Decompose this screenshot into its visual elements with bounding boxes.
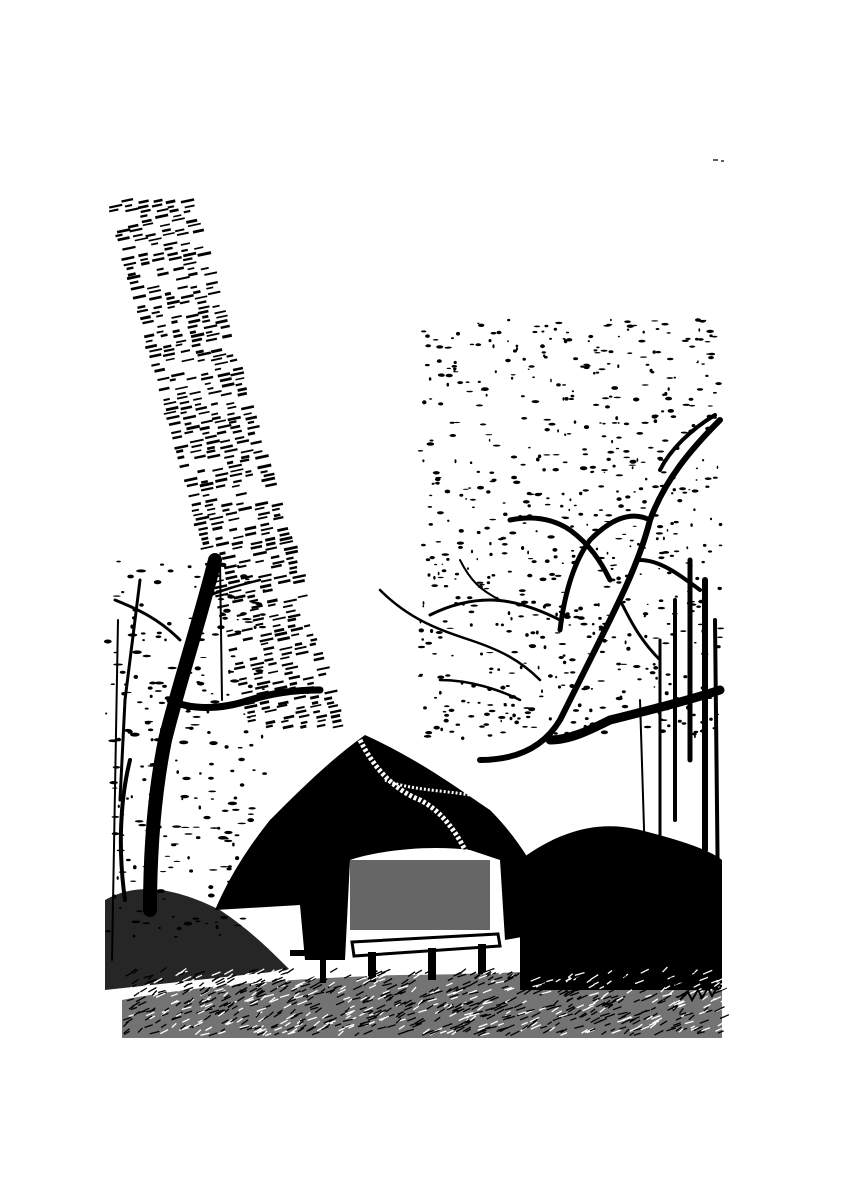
bench [290,950,340,956]
illustration [0,0,843,1192]
